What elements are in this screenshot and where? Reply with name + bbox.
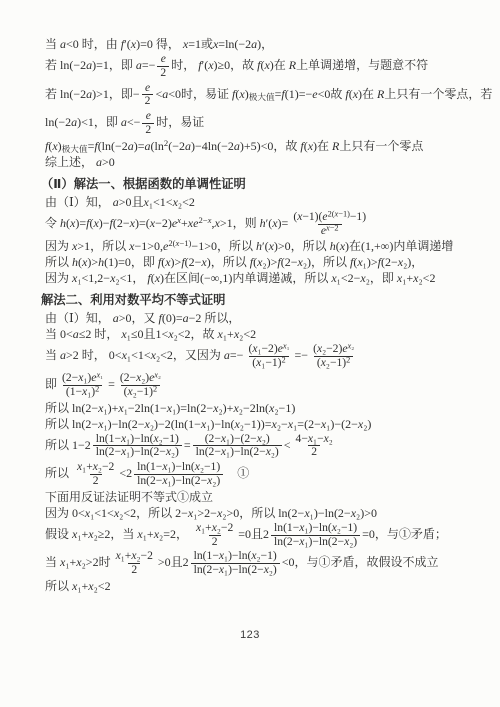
math-line: ln(−2a)<1，即 a<−e2时，易证 — [45, 109, 469, 138]
fraction: ln(1−x₁)−ln(x₂−1)ln(2−x₁)−ln(2−x₂) — [271, 522, 360, 549]
math-line: 所以 1−2ln(1−x₁)−ln(x₂−1)ln(2−x₁)−ln(2−x₂)… — [45, 432, 469, 461]
fraction: ln(1−x₁)−ln(x₂−1)ln(2−x₁)−ln(2−x₂) — [191, 550, 280, 577]
math-line: f(x)极大值=f(ln(−2a)=a(ln2(−2a)−4ln(−2a)+5)… — [45, 138, 469, 154]
fraction: (x₁−2)ex₁(x₁−1)2 — [245, 343, 292, 370]
fraction: e2 — [157, 53, 169, 80]
fraction: e2 — [142, 82, 154, 109]
math-line: 综上述， a>0 — [45, 154, 469, 170]
math-line: 当 a<0 时，由 f′(x)=0 得， x=1或x=ln(−2a)， — [45, 36, 469, 52]
fraction: ln(1−x₁)−ln(x₂−1)ln(2−x₁)−ln(2−x₂) — [134, 461, 223, 488]
fraction: e2 — [142, 110, 154, 137]
math-line: 所以 x₁+x₂<2 — [45, 578, 469, 594]
math-line: 令 h(x)=f(x)−f(2−x)=(x−2)ex+xe2−x,x>1，则 h… — [45, 210, 469, 239]
fraction: x₁+x₂−22 — [193, 522, 236, 549]
math-line: 假设 x₁+x₂≥2，当 x₁+x₂=2， x₁+x₂−22=0且2ln(1−x… — [45, 521, 469, 550]
math-line: 若 ln(−2a)>1，即−e2<a<0时，易证 f(x)极大值=f(1)=−e… — [45, 81, 469, 110]
math-line: 由（Ⅰ）知， a>0且x₁<1<x₂<2 — [45, 194, 469, 210]
section-heading: 解法二、利用对数平均不等式证明 — [41, 292, 469, 308]
math-line: 下面用反证法证明不等式①成立 — [45, 489, 469, 505]
math-line: 因为 x>1，所以 x−1>0,e2(x−1)−1>0，所以 h′(x)>0，所… — [45, 238, 469, 254]
math-line: 所以 ln(2−x₁)−ln(2−x₂)−2(ln(1−x₁)−ln(x₂−1)… — [45, 416, 469, 432]
math-line: 若 ln(−2a)=1，即 a=−e2时， f′(x)≥0，故 f(x)在 R上… — [45, 52, 469, 81]
fraction: (2−x₂)ex₂(x₂−1)2 — [117, 372, 164, 399]
math-line: 所以 h(x)>h(1)=0，即 f(x)>f(2−x)，所以 f(x₂)>f(… — [45, 254, 469, 270]
fraction: x₁+x₂−22 — [113, 550, 156, 577]
math-line: 由（Ⅰ）知， a>0，又 f(0)=a−2 所以， — [45, 310, 469, 326]
solution-lines: 当 a<0 时，由 f′(x)=0 得， x=1或x=ln(−2a)，若 ln(… — [45, 36, 469, 594]
page-number: 123 — [0, 629, 500, 641]
fraction: ln(1−x₁)−ln(x₂−1)ln(2−x₁)−ln(2−x₂) — [93, 433, 182, 460]
fraction: x₁+x₂−22 — [74, 461, 117, 488]
exam-solution-page: 当 a<0 时，由 f′(x)=0 得， x=1或x=ln(−2a)，若 ln(… — [0, 0, 500, 707]
math-line: 所以 ln(2−x₁)+x₁−2ln(1−x₁)=ln(2−x₂)+x₂−2ln… — [45, 400, 469, 416]
math-line: 当 0<a≤2 时， x₁≤0且1<x₂<2，故 x₁+x₂<2 — [45, 326, 469, 342]
fraction: (2−x₁)−(2−x₂)ln(2−x₁)−ln(2−x₂) — [193, 433, 282, 460]
math-line: 因为 x₁<1,2−x₂<1， f(x)在区间(−∞,1)内单调递减，所以 x₁… — [45, 270, 469, 286]
fraction: (x−1)(e2(x−1)−1)ex−2 — [290, 211, 369, 238]
fraction: (2−x₁)ex₁(1−x₁)2 — [59, 372, 106, 399]
fraction: 4−x₁−x₂2 — [293, 433, 336, 460]
math-line: 因为 0<x₁<1<x₂<2，所以 2−x₁>2−x₂>0，所以 ln(2−x₁… — [45, 505, 469, 521]
fraction: (x₂−2)ex₂(x₂−1)2 — [310, 343, 357, 370]
math-line: 当 x₁+x₂>2时x₁+x₂−22>0且2ln(1−x₁)−ln(x₂−1)l… — [45, 549, 469, 578]
section-heading: （Ⅱ）解法一、根据函数的单调性证明 — [41, 176, 469, 192]
math-line: 即(2−x₁)ex₁(1−x₁)2=(2−x₂)ex₂(x₂−1)2 — [45, 371, 469, 400]
math-line: 所以 x₁+x₂−22<2ln(1−x₁)−ln(x₂−1)ln(2−x₁)−l… — [45, 460, 469, 489]
math-line: 当 a>2 时， 0<x₁<1<x₂<2，又因为 a=−(x₁−2)ex₁(x₁… — [45, 342, 469, 371]
